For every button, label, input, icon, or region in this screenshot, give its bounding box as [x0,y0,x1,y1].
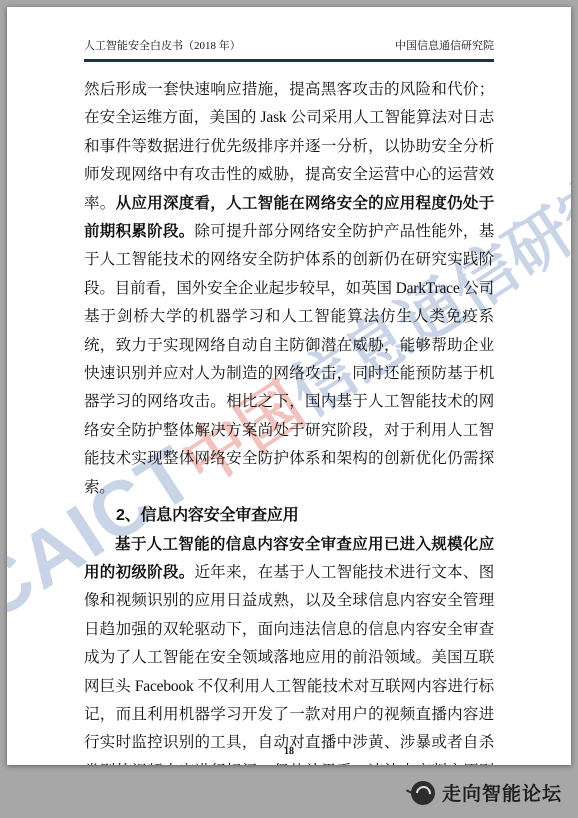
page-content: 人工智能安全白皮书（2018 年） 中国信息通信研究院 然后形成一套快速响应措施… [7,7,571,765]
page-number: 18 [7,746,571,757]
forum-brand: 走向智能论坛 [411,779,562,806]
bold-run: 2、信息内容安全审查应用 [116,507,299,524]
body-text: 然后形成一套快速响应措施，提高黑客攻击的风险和代价；在安全运维方面，美国的 Ja… [84,76,494,765]
forum-logo-icon [411,781,435,805]
paragraph: 然后形成一套快速响应措施，提高黑客攻击的风险和代价；在安全运维方面，美国的 Ja… [84,76,494,502]
running-header: 人工智能安全白皮书（2018 年） 中国信息通信研究院 [84,37,494,62]
header-right-org: 中国信息通信研究院 [395,37,494,53]
document-page: CAICT中国信息通信研究院 人工智能安全白皮书（2018 年） 中国信息通信研… [7,7,571,765]
section-heading: 2、信息内容安全审查应用 [84,502,494,530]
page-viewer: { "colors": { "canvas_background": "#a7a… [0,0,578,818]
text-run: 近年来，在基于人工智能技术进行文本、图像和视频识别的应用日益成熟，以及全球信息内… [84,564,494,765]
header-left-title: 人工智能安全白皮书（2018 年） [84,37,241,53]
text-run: 然后形成一套快速响应措施，提高黑客攻击的风险和代价；在安全运维方面，美国的 Ja… [84,81,494,212]
paragraph: 基于人工智能的信息内容安全审查应用已进入规模化应用的初级阶段。近年来，在基于人工… [84,531,494,766]
text-run: 除可提升部分网络安全防护产品性能外，基于人工智能技术的网络安全防护体系的创新仍在… [84,223,494,496]
forum-logo-text: 走向智能论坛 [442,779,562,806]
